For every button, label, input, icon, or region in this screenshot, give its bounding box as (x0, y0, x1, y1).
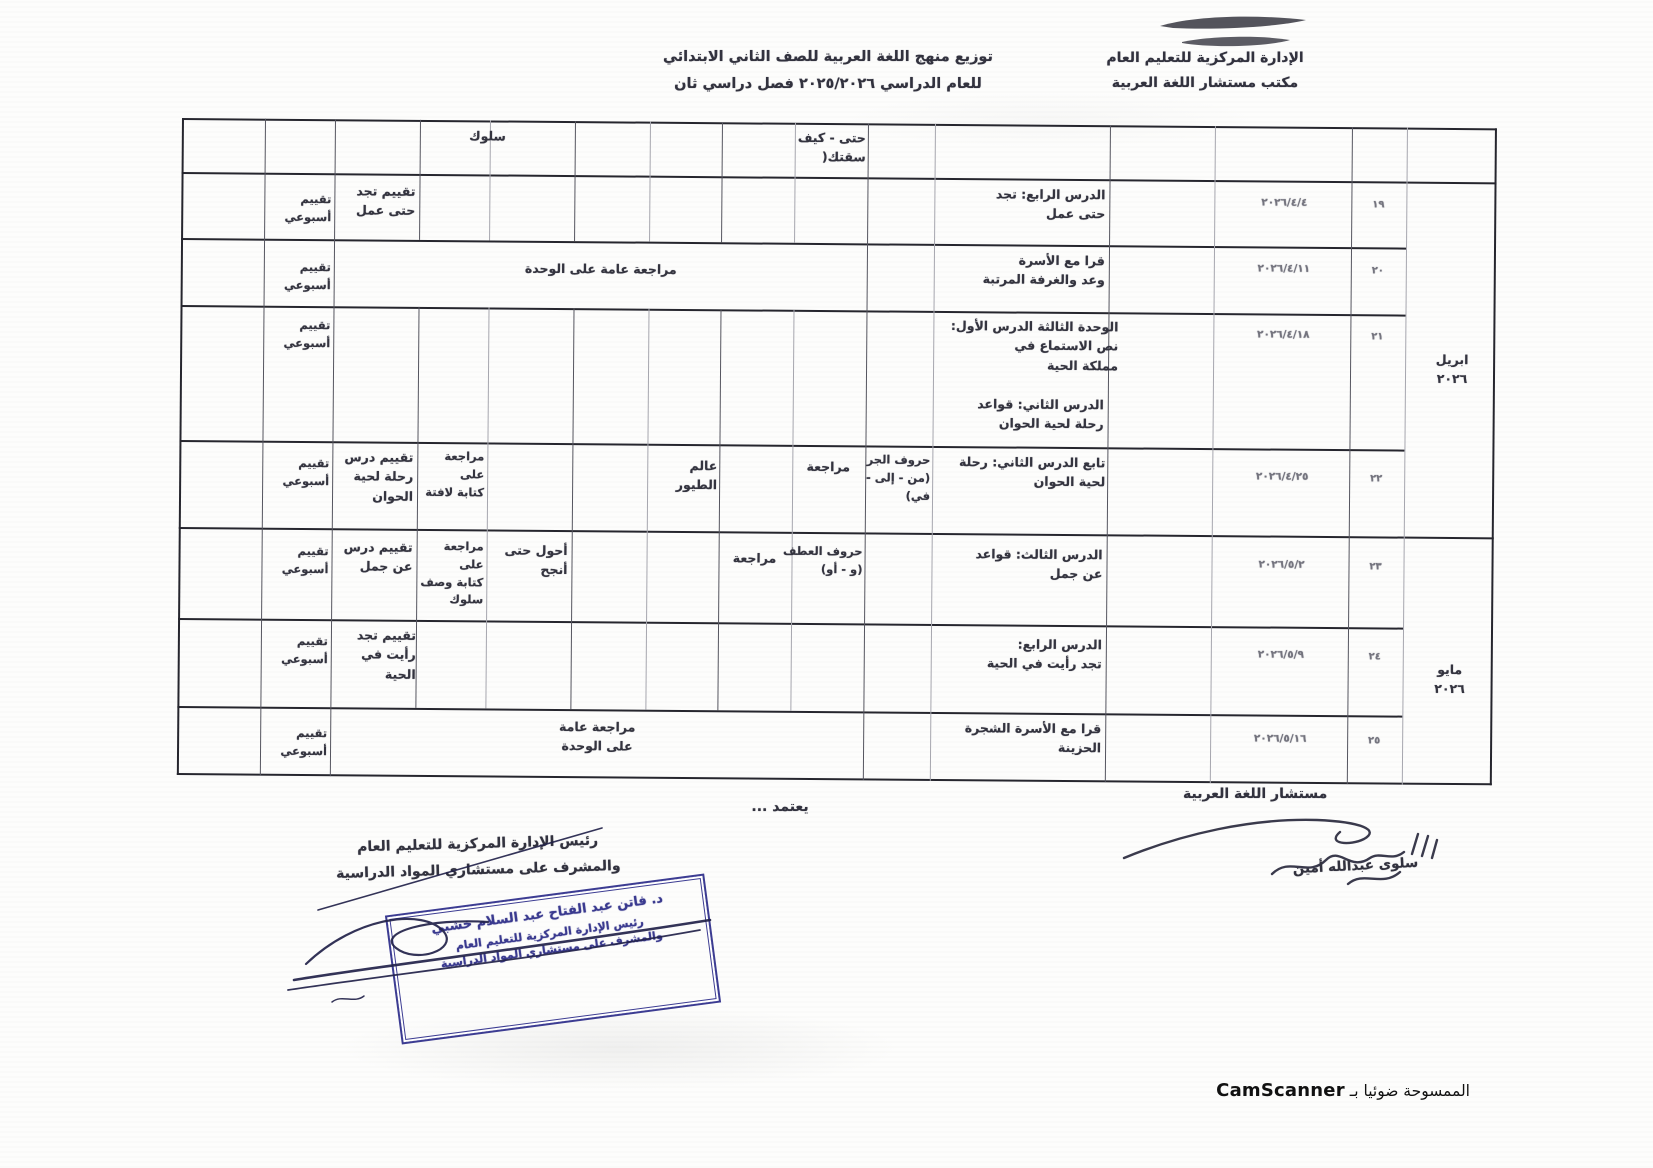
weekly-eval-cell: تقييم أسبوعي (264, 633, 328, 669)
divider (1402, 128, 1408, 785)
camscanner-arabic-text: الممسوحة ضوئيا بـ (1350, 1082, 1470, 1100)
office-name: مكتب مستشار اللغة العربية (1075, 71, 1335, 96)
divider (721, 122, 723, 242)
weekly-eval-cell: تقييم أسبوعي (263, 725, 327, 761)
weekly-eval-cell: تقييم أسبوعي (267, 259, 331, 295)
lesson-eval-cell: تقييم تجد حتى عمل (337, 181, 415, 220)
header-behavior-label: سلوك (450, 126, 506, 146)
consultant-signature (1112, 796, 1452, 906)
month-may: مايو ٢٠٢٦ (1410, 660, 1488, 699)
date-cell: ٢٠٢٦/٤/١١ (1224, 262, 1344, 275)
week-number: ٢٣ (1350, 561, 1400, 572)
topic-cell: عالم الطيور (649, 456, 717, 495)
divider (1210, 126, 1216, 783)
weekly-eval-cell: تقييم أسبوعي (266, 317, 330, 353)
divider (177, 773, 1492, 785)
week-number: ٢٠ (1353, 265, 1403, 276)
chief-signature (272, 812, 732, 1052)
lesson-eval-cell: تقييم تجد رأيت في الحية (340, 625, 416, 684)
divider (415, 307, 419, 708)
week-number: ٢٢ (1351, 473, 1401, 484)
general-review-cell: مراجعة عامة على الوحدة (346, 257, 856, 280)
divider (1490, 128, 1497, 785)
divider (790, 310, 794, 711)
divider (1347, 127, 1353, 784)
document-title: توزيع منهج اللغة العربية للصف الثاني الا… (598, 44, 1058, 98)
grammar-cell: حروف الجر (من - إلى - في) (841, 451, 930, 505)
header-story-label: حتى - كيف سقتك( (788, 128, 866, 167)
divider (574, 121, 576, 241)
org-name: الإدارة المركزية للتعليم العام (1075, 46, 1335, 71)
divider (570, 308, 574, 709)
week-number: ١٩ (1353, 199, 1403, 210)
month-april: ابريل ٢٠٢٦ (1413, 350, 1491, 389)
lesson-cell: قرا مع الأسرة وعد والغرفة المرتبة (937, 250, 1105, 290)
lesson-cell-part1: الوحدة الثالثة الدرس الأول: نص الاستماع … (922, 316, 1118, 376)
review-small-cell: مراجعة (720, 548, 788, 568)
lesson-cell: الدرس الرابع: تجد رأيت في الحية (934, 634, 1102, 674)
title-line-2: للعام الدراسي ٢٠٢٥/٢٠٢٦ فصل دراسي ثان (598, 71, 1058, 98)
divider (649, 122, 651, 242)
reading-cell: أحول حتى أنجح (489, 540, 567, 579)
lesson-eval-cell: تقييم درس عن جمل (334, 537, 412, 576)
date-cell: ٢٠٢٦/٥/٢ (1221, 558, 1341, 571)
lesson-cell-part2: الدرس الثاني: قواعد رحلة لحية الحوان (936, 394, 1104, 434)
general-review-cell: مراجعة عامة على الوحدة (342, 715, 852, 758)
week-number: ٢٤ (1350, 651, 1400, 662)
date-cell: ٢٠٢٦/٤/١٨ (1223, 328, 1343, 341)
lesson-cell: الدرس الثالث: قواعد عن جمل (934, 544, 1102, 584)
writing-review-cell: مراجعة على كتابة وصف سلوك (419, 538, 484, 610)
lesson-cell: تابع الدرس الثاني: رحلة لحية الحوان (927, 452, 1105, 492)
lesson-cell: الدرس الرابع: تجد حتى عمل (937, 184, 1105, 224)
camscanner-watermark: الممسوحة ضوئيا بـ CamScanner (1150, 1080, 1470, 1101)
week-number: ٢٥ (1349, 735, 1399, 746)
grammar-cell: حروف العطف (و - أو) (780, 543, 862, 579)
title-line-1: توزيع منهج اللغة العربية للصف الثاني الا… (598, 44, 1058, 71)
date-cell: ٢٠٢٦/٤/٢٥ (1222, 470, 1342, 483)
writing-review-cell: مراجعة على كتابة لافتة (420, 448, 484, 502)
divider (419, 120, 421, 240)
lesson-eval-cell: تقييم درس رحلة لحية الحوان (335, 447, 413, 506)
date-cell: ٢٠٢٦/٥/٩ (1221, 648, 1341, 661)
lesson-cell: قرا مع الأسرة الشجرة الحزينة (925, 718, 1101, 758)
curriculum-table: سلوك حتى - كيف سقتك( ابريل ٢٠٢٦ مايو ٢٠٢… (177, 118, 1497, 785)
divider (260, 119, 266, 776)
weekly-eval-cell: تقييم أسبوعي (264, 543, 328, 579)
weekly-eval-cell: تقييم أسبوعي (265, 455, 329, 491)
approval-note: يعتمد ... (735, 799, 825, 815)
divider (1105, 125, 1111, 782)
divider (645, 309, 649, 710)
date-cell: ٢٠٢٦/٥/١٦ (1220, 732, 1340, 745)
divider (485, 307, 489, 708)
week-number: ٢١ (1352, 331, 1402, 342)
divider (177, 118, 184, 775)
date-cell: ٢٠٢٦/٤/٤ (1224, 196, 1344, 209)
letterhead: الإدارة المركزية للتعليم العام مكتب مستش… (1075, 46, 1335, 96)
camscanner-logo-text: CamScanner (1216, 1080, 1345, 1101)
divider (717, 309, 721, 710)
weekly-eval-cell: تقييم أسبوعي (267, 191, 331, 227)
